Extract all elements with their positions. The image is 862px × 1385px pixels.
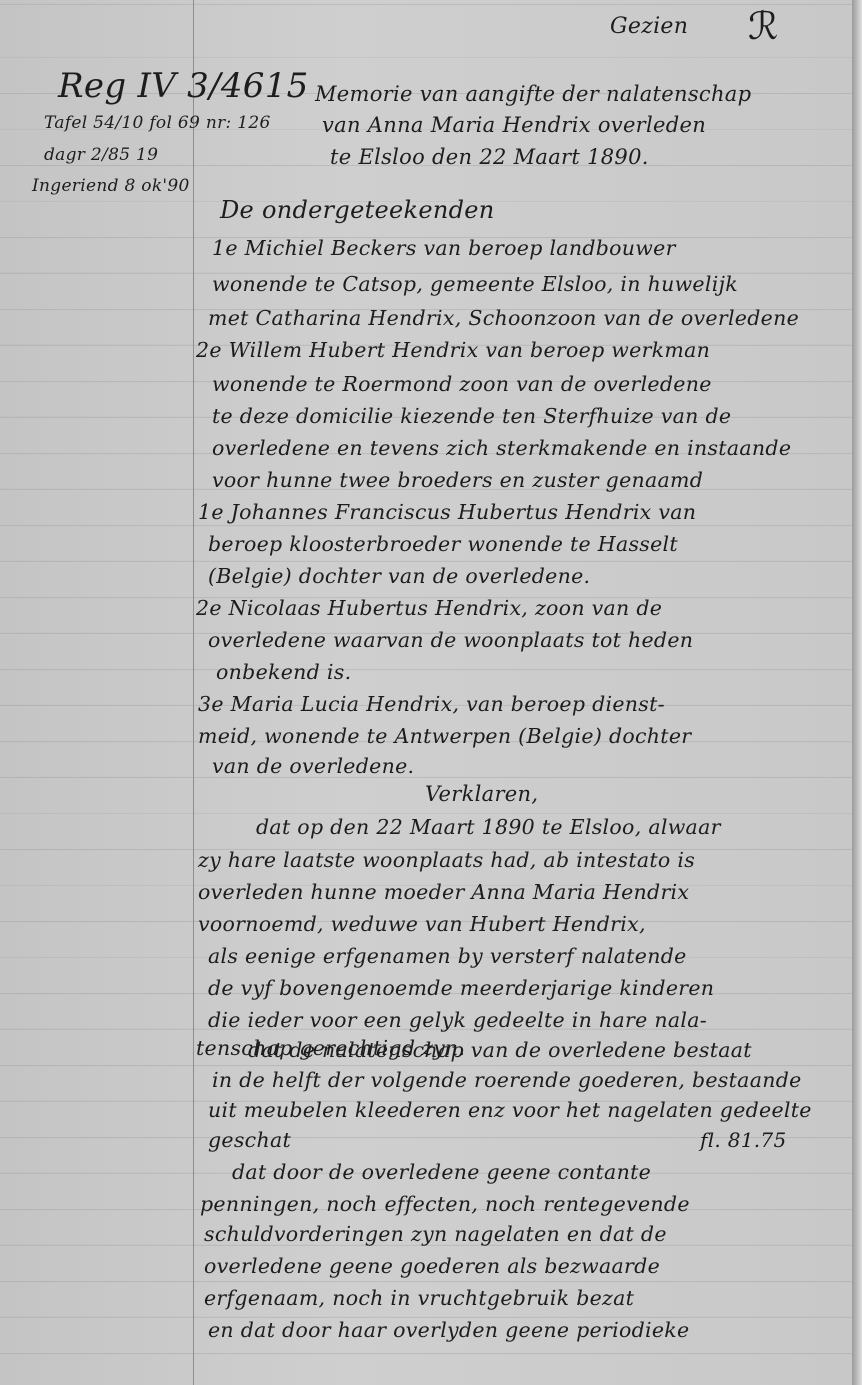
body-line: 2e Nicolaas Hubertus Hendrix, zoon van d… (196, 596, 662, 620)
body-line: onbekend is. (216, 660, 351, 684)
initial-signature-icon: ℛ (748, 4, 779, 48)
declaration-line: tenschap gerechtigd zyn. (196, 1036, 465, 1060)
declaration-line: die ieder voor een gelyk gedeelte in har… (208, 1008, 707, 1032)
margin-note-register: Reg IV 3/4615 (58, 66, 309, 106)
body-line: 3e Maria Lucia Hendrix, van beroep diens… (198, 692, 665, 716)
declaration-line: de vyf bovengenoemde meerderjarige kinde… (208, 976, 714, 1000)
declaration-line: zy hare laatste woonplaats had, ab intes… (198, 848, 695, 872)
body-line: wonende te Catsop, gemeente Elsloo, in h… (212, 272, 738, 296)
body-line: beroep kloosterbroeder wonende te Hassel… (208, 532, 678, 556)
body-line: meid, wonende te Antwerpen (Belgie) doch… (198, 724, 691, 748)
body-line: 1e Johannes Franciscus Hubertus Hendrix … (198, 500, 696, 524)
title-line: te Elsloo den 22 Maart 1890. (330, 145, 649, 169)
declaration-line: als eenige erfgenamen by versterf nalate… (208, 944, 687, 968)
body-line: met Catharina Hendrix, Schoonzoon van de… (208, 306, 799, 330)
document-heading: De ondergeteekenden (220, 196, 495, 224)
title-line: van Anna Maria Hendrix overleden (322, 113, 706, 137)
gezien-stamp: Gezien (610, 14, 688, 39)
page-edge (852, 0, 862, 1385)
body-line: 1e Michiel Beckers van beroep landbouwer (212, 236, 676, 260)
body-line: van de overledene. (212, 754, 414, 778)
section-heading: Verklaren, (425, 782, 538, 806)
scanned-document-page: Gezien ℛ Reg IV 3/4615 Tafel 54/10 fol 6… (0, 0, 862, 1385)
declaration-line: dat op den 22 Maart 1890 te Elsloo, alwa… (256, 815, 721, 839)
margin-note-submitted: Ingeriend 8 ok'90 (32, 176, 190, 196)
body-line: overledene en tevens zich sterkmakende e… (212, 436, 791, 460)
margin-note-date: dagr 2/85 19 (44, 145, 158, 165)
margin-note-table: Tafel 54/10 fol 69 nr: 126 (44, 113, 271, 133)
declaration-line: voornoemd, weduwe van Hubert Hendrix, (198, 912, 646, 936)
body-line: te deze domicilie kiezende ten Sterfhuiz… (212, 404, 731, 428)
margin-rule (193, 0, 194, 1385)
body-line: overledene waarvan de woonplaats tot hed… (208, 628, 693, 652)
declaration-line: overleden hunne moeder Anna Maria Hendri… (198, 880, 689, 904)
body-line: (Belgie) dochter van de overledene. (208, 564, 590, 588)
body-line: 2e Willem Hubert Hendrix van beroep werk… (196, 338, 710, 362)
body-line: voor hunne twee broeders en zuster genaa… (212, 468, 703, 492)
title-line: Memorie van aangifte der nalatenschap (315, 82, 751, 106)
body-line: wonende te Roermond zoon van de overlede… (212, 372, 712, 396)
